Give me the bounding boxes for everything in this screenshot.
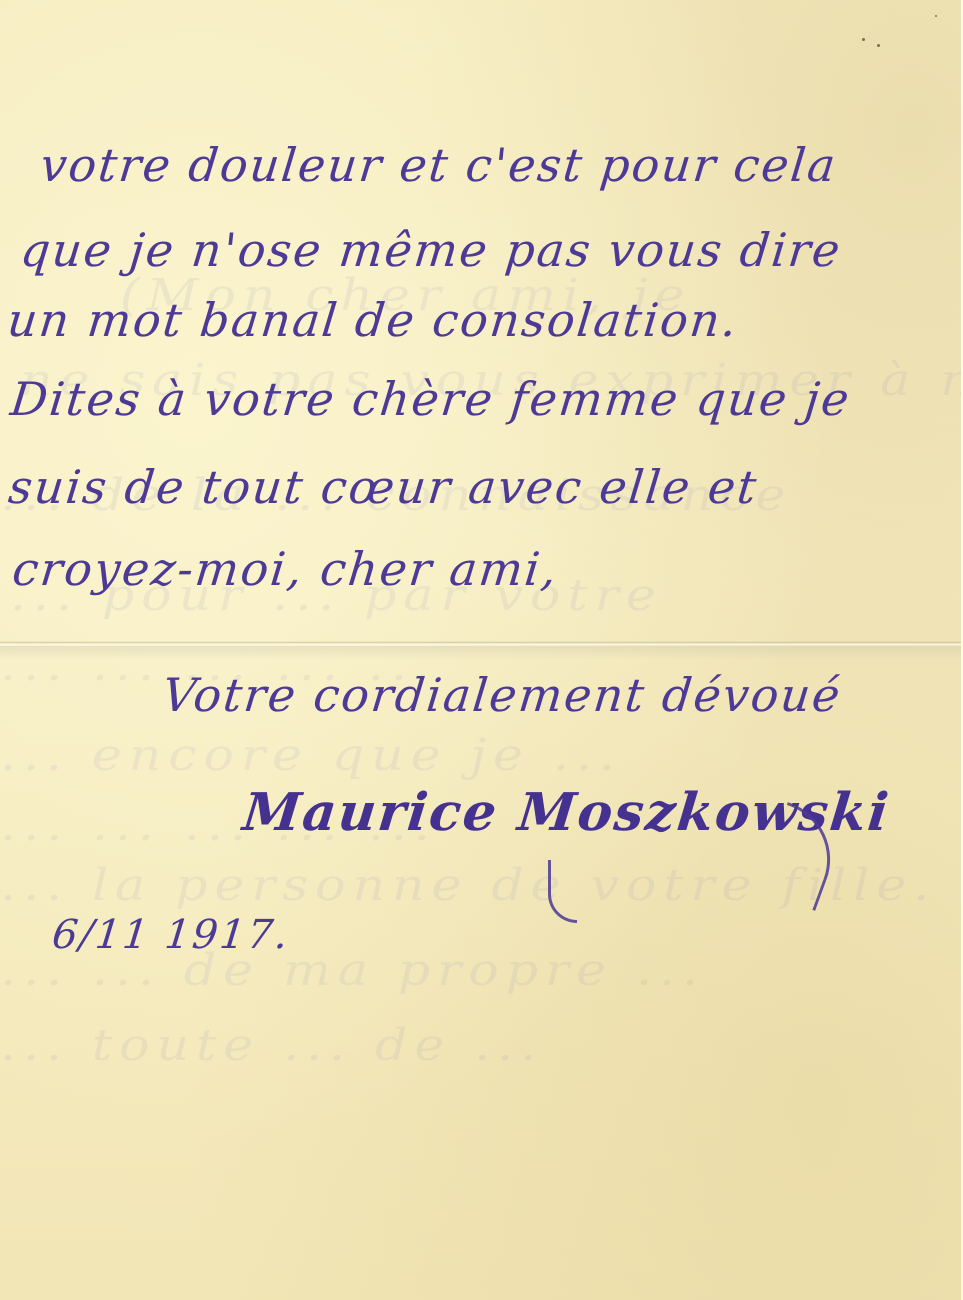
paper-speck xyxy=(935,15,937,17)
signature-flourish xyxy=(548,860,577,923)
letter-page: (Mon cher ami, je ne sais pas vous expri… xyxy=(0,0,963,1300)
letter-body-line: suis de tout cœur avec elle et xyxy=(6,460,761,514)
paper-fold-shadow xyxy=(0,646,961,660)
letter-closing: Votre cordialement dévoué xyxy=(160,668,844,722)
letter-date: 6/11 1917. xyxy=(50,912,292,958)
letter-body-line: votre douleur et c'est pour cela xyxy=(38,138,840,192)
letter-body-line: un mot banal de consolation. xyxy=(5,293,741,347)
bleed-through-line: ... encore que je ... xyxy=(0,730,622,781)
letter-body-line: croyez-moi, cher ami, xyxy=(10,542,561,596)
bleed-through-line: ... toute ... de ... xyxy=(0,1020,543,1071)
letter-body-line: Dites à votre chère femme que je xyxy=(8,372,853,426)
paper-speck xyxy=(862,38,865,41)
letter-body-line: que je n'ose même pas vous dire xyxy=(18,223,844,277)
paper-speck xyxy=(877,44,880,47)
